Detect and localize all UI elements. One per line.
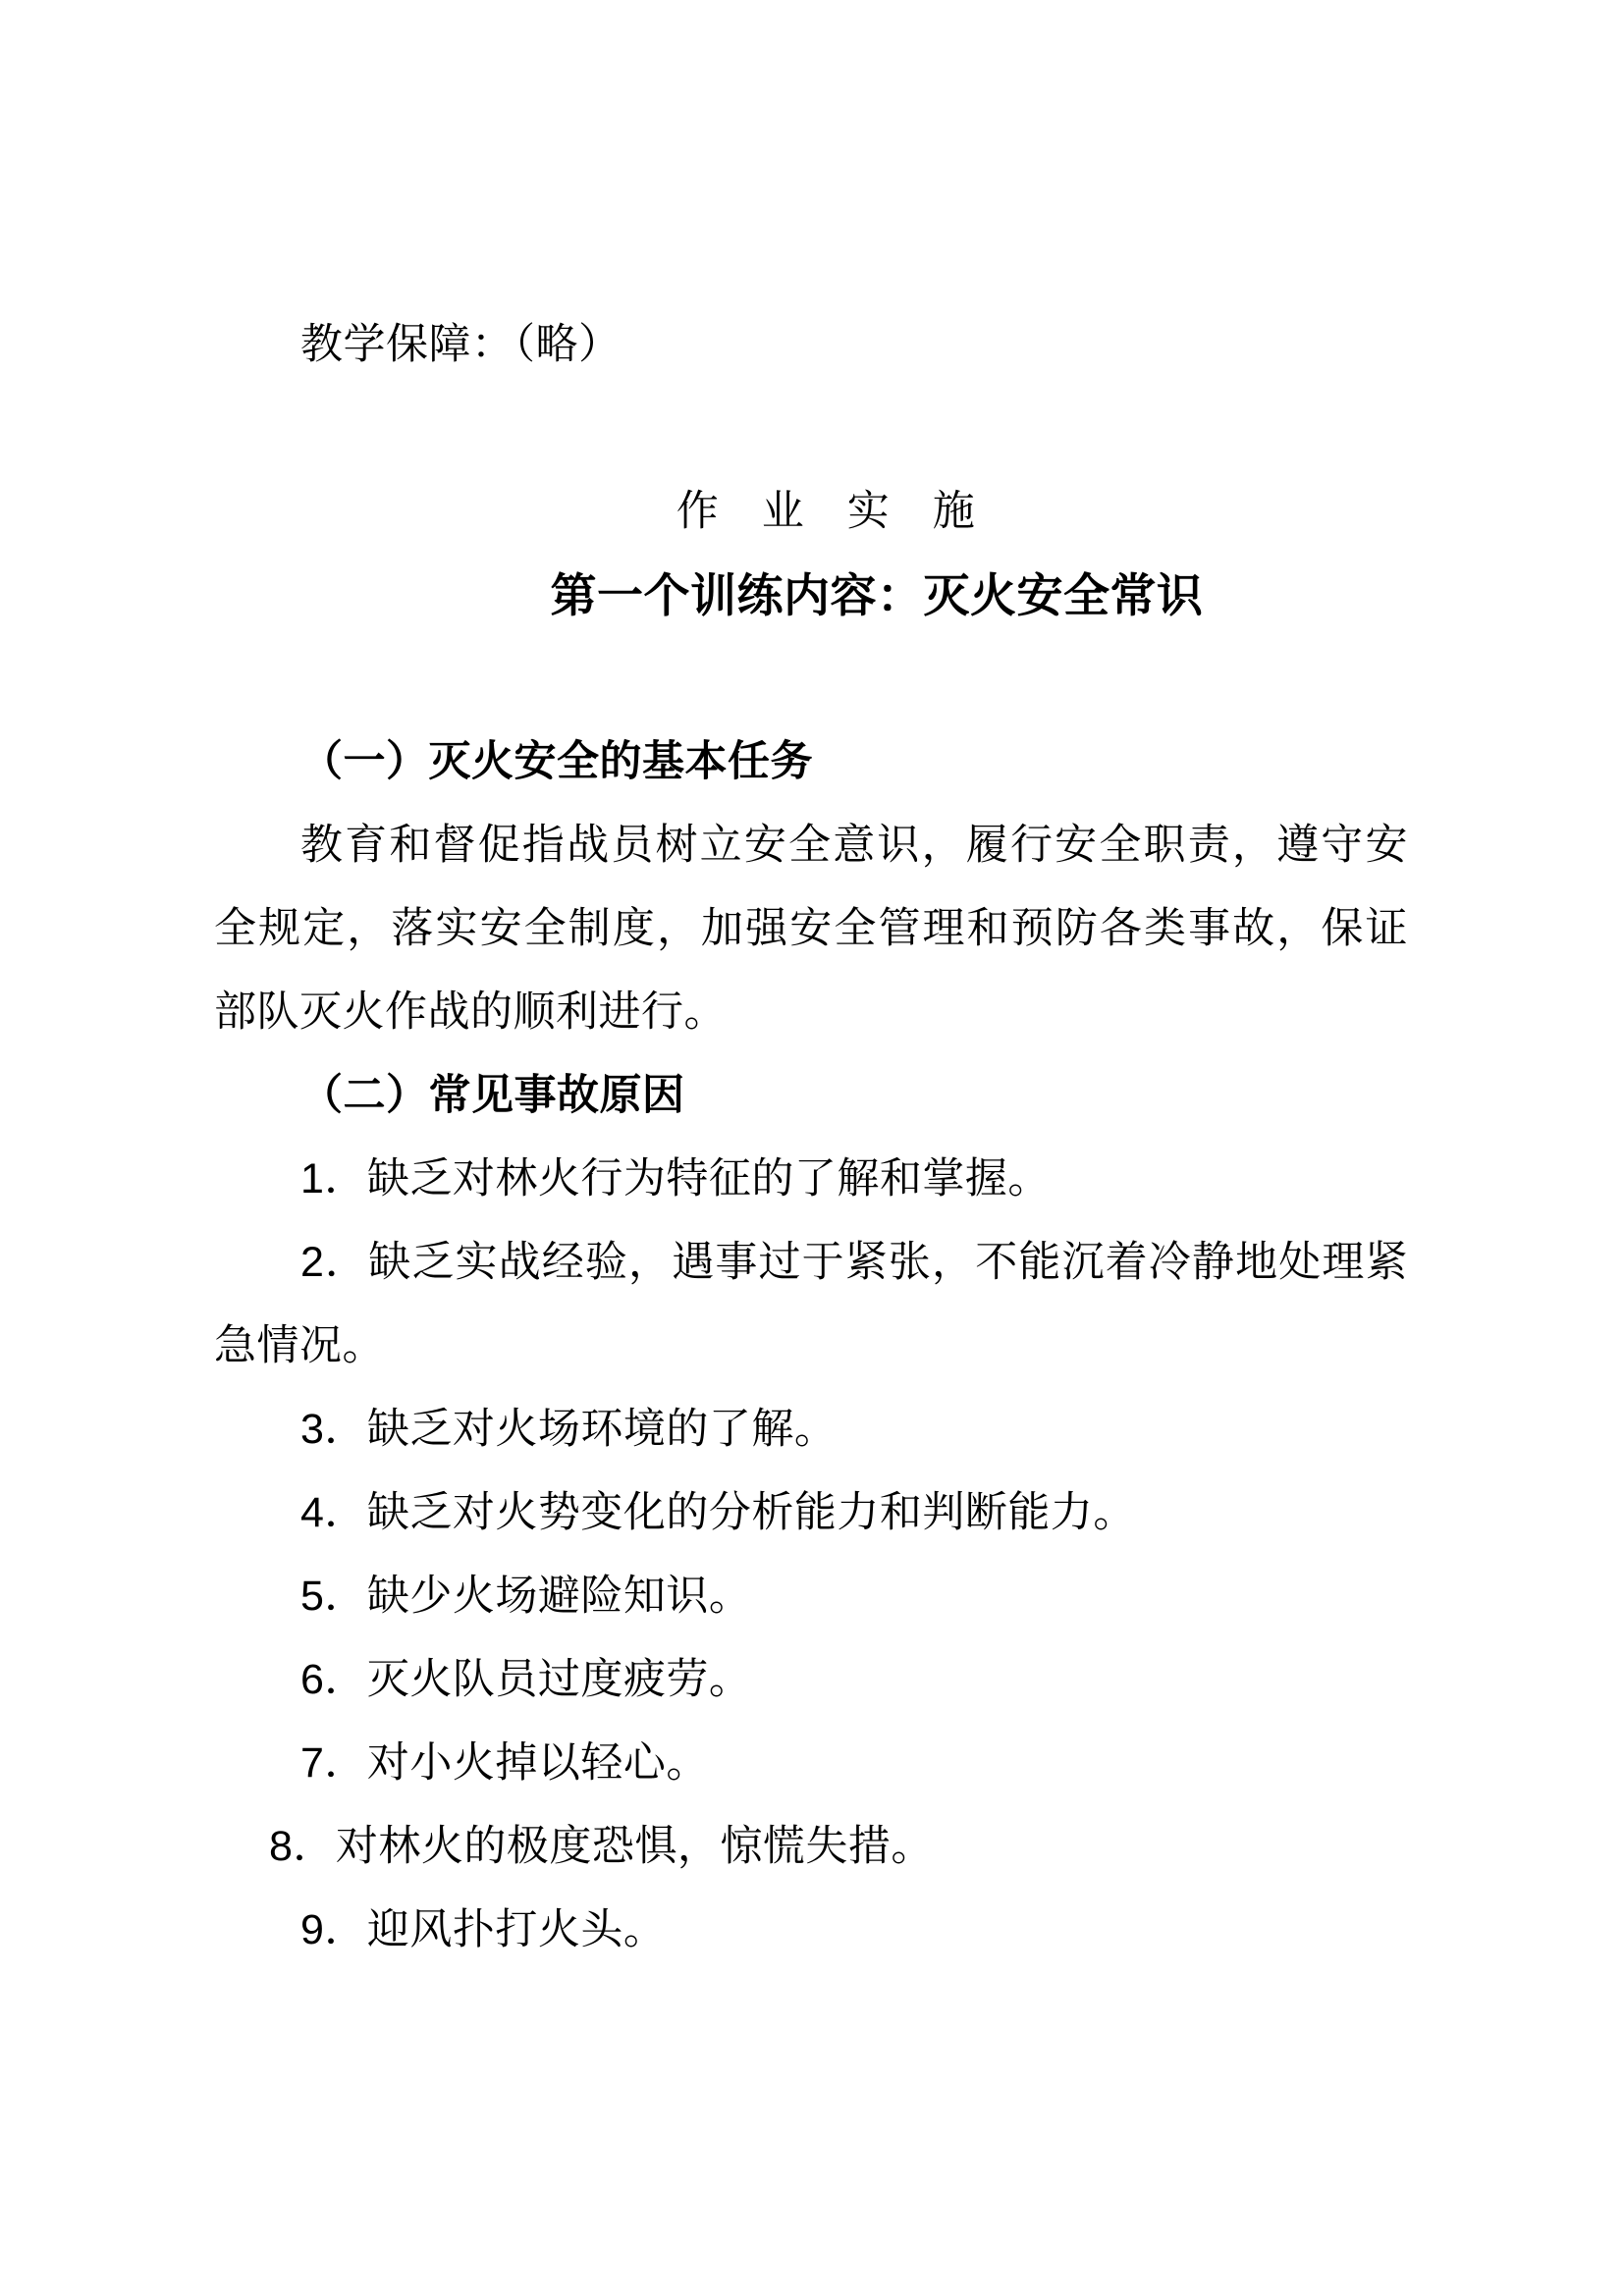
main-heading: 作 业 实 施 bbox=[214, 470, 1408, 554]
cause-item-9: 9．迎风扑打火头。 bbox=[214, 1889, 1408, 1972]
teaching-support-line: 教学保障：（略） bbox=[214, 303, 1408, 387]
cause-item-1: 1．缺乏对林火行为特征的了解和掌握。 bbox=[214, 1138, 1408, 1221]
cause-item-2-line-2: 急情况。 bbox=[214, 1305, 1408, 1388]
cause-item-8: 8．对林火的极度恐惧，惊慌失措。 bbox=[214, 1805, 1408, 1889]
section1-paragraph-line: 全规定，落实安全制度，加强安全管理和预防各类事故，保证 bbox=[214, 887, 1408, 971]
section1-paragraph-line: 教育和督促指战员树立安全意识，履行安全职责，遵守安 bbox=[214, 804, 1408, 887]
sub-heading: 第一个训练内容：灭火安全常识 bbox=[214, 554, 1408, 637]
section1-paragraph-line: 部队灭火作战的顺利进行。 bbox=[214, 971, 1408, 1054]
cause-item-2-line-1: 2．缺乏实战经验，遇事过于紧张，不能沉着冷静地处理紧 bbox=[214, 1221, 1408, 1305]
cause-item-4: 4．缺乏对火势变化的分析能力和判断能力。 bbox=[214, 1471, 1408, 1555]
cause-item-5: 5．缺少火场避险知识。 bbox=[214, 1555, 1408, 1638]
cause-item-3: 3．缺乏对火场环境的了解。 bbox=[214, 1388, 1408, 1471]
section1-heading: （一）灭火安全的基本任务 bbox=[214, 721, 1408, 804]
document-body: 教学保障：（略） 作 业 实 施 第一个训练内容：灭火安全常识 （一）灭火安全的… bbox=[214, 303, 1408, 1972]
cause-item-7: 7．对小火掉以轻心。 bbox=[214, 1722, 1408, 1805]
document-page: 教学保障：（略） 作 业 实 施 第一个训练内容：灭火安全常识 （一）灭火安全的… bbox=[0, 0, 1623, 2296]
blank-line bbox=[214, 387, 1408, 470]
section2-heading: （二）常见事故原因 bbox=[214, 1054, 1408, 1138]
cause-item-6: 6．灭火队员过度疲劳。 bbox=[214, 1638, 1408, 1722]
blank-line bbox=[214, 637, 1408, 721]
